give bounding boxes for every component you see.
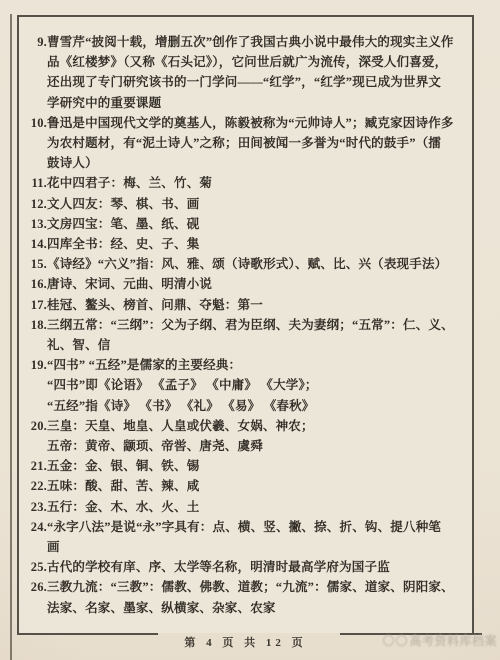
item-line: 花中四君子：梅、兰、竹、菊 [47,173,471,193]
item-line: 曹雪芹“披阅十载，增删五次”创作了我国古典小说中最伟大的现实主义作 [47,32,471,52]
item-number: 20. [25,416,47,436]
item-line: 五帝：黄帝、颛顼、帝喾、唐尧、虞舜 [47,436,471,456]
item-line: “五经”指《诗》 《书》 《礼》 《易》 《春秋》 [47,396,471,416]
item-line: 桂冠、鳌头、榜首、问鼎、夺魁：第一 [47,295,471,315]
item-line: 还出现了专门研究该书的一门学问——“红学”，“红学”现已成为世界文 [47,72,471,92]
item-line: 品《红楼梦》（又称《石头记》），它问世后就广为流传，深受人们喜爱， [47,52,471,72]
item-lines: 唐诗、宋词、元曲、明清小说 [47,274,471,294]
item-number: 25. [25,557,47,577]
item-line: 为农村题材，有“泥土诗人”之称；田间被闻一多誉为“时代的鼓手”（擂 [47,133,471,153]
watermark-text: 高考资料库档案 [409,632,497,649]
item-line: 五金：金、银、铜、铁、锡 [47,456,471,476]
list-item: 23.五行：金、木、水、火、土 [25,497,471,517]
list-item: 14.四库全书：经、史、子、集 [25,234,471,254]
page-edge-line [10,14,12,660]
item-lines: 三皇：天皇、地皇、人皇或伏羲、女娲、神农；五帝：黄帝、颛顼、帝喾、唐尧、虞舜 [47,416,471,456]
item-line: 五味：酸、甜、苦、辣、咸 [47,476,471,496]
item-lines: 五行：金、木、水、火、土 [47,497,471,517]
item-number: 21. [25,456,47,476]
list-item: 11.花中四君子：梅、兰、竹、菊 [25,173,471,193]
item-number: 15. [25,254,47,274]
item-line: 鼓诗人） [47,153,471,173]
list-item: 17.桂冠、鳌头、榜首、问鼎、夺魁：第一 [25,295,471,315]
item-lines: 五味：酸、甜、苦、辣、咸 [47,476,471,496]
list-item: 24.“永字八法”是说“永”字具有：点、横、竖、撇、捺、折、钩、提八种笔画 [25,517,471,557]
watermark: 高考资料库档案 [383,632,497,649]
item-lines: 文人四友：琴、棋、书、画 [47,194,471,214]
list-item: 13.文房四宝：笔、墨、纸、砚 [25,214,471,234]
watermark-logo-icon [383,635,394,646]
item-lines: 花中四君子：梅、兰、竹、菊 [47,173,471,193]
list-item: 16.唐诗、宋词、元曲、明清小说 [25,274,471,294]
list-item: 26.三教九流：“三教”：儒教、佛教、道教；“九流”：儒家、道家、阴阳家、法家、… [25,577,471,617]
item-lines: 古代的学校有庠、序、太学等名称，明清时最高学府为国子监 [47,557,471,577]
list-item: 10.鲁迅是中国现代文学的奠基人，陈毅被称为“元帅诗人”；臧克家因诗作多为农村题… [25,113,471,174]
item-number: 26. [25,577,47,597]
item-number: 23. [25,497,47,517]
item-number: 12. [25,194,47,214]
item-line: 文人四友：琴、棋、书、画 [47,194,471,214]
item-line: 三皇：天皇、地皇、人皇或伏羲、女娲、神农； [47,416,471,436]
content: 9.曹雪芹“披阅十载，增删五次”创作了我国古典小说中最伟大的现实主义作品《红楼梦… [25,32,471,618]
item-line: 学研究中的重要课题 [47,93,471,113]
item-number: 17. [25,295,47,315]
list-item: 20.三皇：天皇、地皇、人皇或伏羲、女娲、神农；五帝：黄帝、颛顼、帝喾、唐尧、虞… [25,416,471,456]
item-lines: 曹雪芹“披阅十载，增删五次”创作了我国古典小说中最伟大的现实主义作品《红楼梦》（… [47,32,471,113]
list-item: 12.文人四友：琴、棋、书、画 [25,194,471,214]
item-lines: 五金：金、银、铜、铁、锡 [47,456,471,476]
item-number: 10. [25,113,47,133]
document-page: 9.曹雪芹“披阅十载，增删五次”创作了我国古典小说中最伟大的现实主义作品《红楼梦… [0,0,500,660]
item-lines: 鲁迅是中国现代文学的奠基人，陈毅被称为“元帅诗人”；臧克家因诗作多为农村题材，有… [47,113,471,174]
item-number: 9. [25,32,47,52]
list-item: 22.五味：酸、甜、苦、辣、咸 [25,476,471,496]
item-line: 四库全书：经、史、子、集 [47,234,471,254]
item-number: 19. [25,355,47,375]
item-lines: 三教九流：“三教”：儒教、佛教、道教；“九流”：儒家、道家、阴阳家、法家、名家、… [47,577,471,617]
item-line: 三纲五常：“三纲”：父为子纲、君为臣纲、夫为妻纲；“五常”：仁、义、 [47,315,471,335]
item-number: 24. [25,517,47,537]
item-line: 古代的学校有庠、序、太学等名称，明清时最高学府为国子监 [47,557,471,577]
item-number: 22. [25,476,47,496]
item-line: 唐诗、宋词、元曲、明清小说 [47,274,471,294]
item-line: “四书”即《论语》 《孟子》 《中庸》 《大学》； [47,375,471,395]
list-item: 25.古代的学校有庠、序、太学等名称，明清时最高学府为国子监 [25,557,471,577]
item-lines: 《诗经》“六义”指：风、雅、颂（诗歌形式）、赋、比、兴（表现手法） [47,254,471,274]
list-item: 21.五金：金、银、铜、铁、锡 [25,456,471,476]
item-line: 画 [47,537,471,557]
item-line: 法家、名家、墨家、纵横家、杂家、农家 [47,598,471,618]
list-item: 9.曹雪芹“披阅十载，增删五次”创作了我国古典小说中最伟大的现实主义作品《红楼梦… [25,32,471,113]
item-lines: 三纲五常：“三纲”：父为子纲、君为臣纲、夫为妻纲；“五常”：仁、义、礼、智、信 [47,315,471,355]
item-line: 文房四宝：笔、墨、纸、砚 [47,214,471,234]
item-line: 礼、智、信 [47,335,471,355]
list-item: 19.“四书” “五经”是儒家的主要经典：“四书”即《论语》 《孟子》 《中庸》… [25,355,471,416]
item-lines: “四书” “五经”是儒家的主要经典：“四书”即《论语》 《孟子》 《中庸》 《大… [47,355,471,416]
item-line: “永字八法”是说“永”字具有：点、横、竖、撇、捺、折、钩、提八种笔 [47,517,471,537]
item-number: 14. [25,234,47,254]
item-lines: 文房四宝：笔、墨、纸、砚 [47,214,471,234]
list-item: 15.《诗经》“六义”指：风、雅、颂（诗歌形式）、赋、比、兴（表现手法） [25,254,471,274]
item-number: 18. [25,315,47,335]
item-number: 13. [25,214,47,234]
watermark-logo-icon [396,635,407,646]
item-line: 五行：金、木、水、火、土 [47,497,471,517]
item-lines: 桂冠、鳌头、榜首、问鼎、夺魁：第一 [47,295,471,315]
item-line: 三教九流：“三教”：儒教、佛教、道教；“九流”：儒家、道家、阴阳家、 [47,577,471,597]
item-line: 《诗经》“六义”指：风、雅、颂（诗歌形式）、赋、比、兴（表现手法） [47,254,471,274]
item-lines: “永字八法”是说“永”字具有：点、横、竖、撇、捺、折、钩、提八种笔画 [47,517,471,557]
item-line: 鲁迅是中国现代文学的奠基人，陈毅被称为“元帅诗人”；臧克家因诗作多 [47,113,471,133]
list-item: 18.三纲五常：“三纲”：父为子纲、君为臣纲、夫为妻纲；“五常”：仁、义、礼、智… [25,315,471,355]
item-lines: 四库全书：经、史、子、集 [47,234,471,254]
item-number: 11. [25,173,47,193]
item-number: 16. [25,274,47,294]
item-line: “四书” “五经”是儒家的主要经典： [47,355,471,375]
